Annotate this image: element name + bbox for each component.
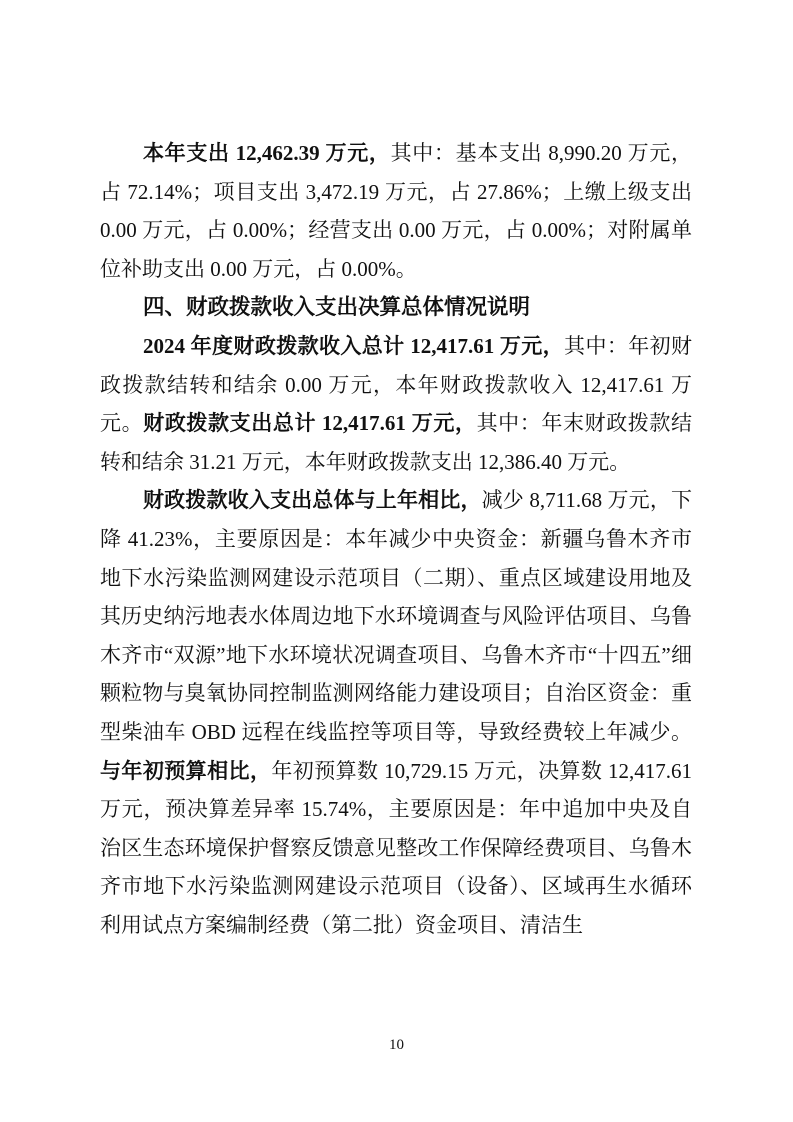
paragraph: 2024 年度财政拨款收入总计 12,417.61 万元，其中：年初财政拨款结转… [100, 327, 692, 481]
bold-text-run: 四、财政拨款收入支出决算总体情况说明 [143, 295, 530, 319]
bold-text-run: 2024 年度财政拨款收入总计 12,417.61 万元， [143, 334, 564, 358]
document-body: 本年支出 12,462.39 万元，其中：基本支出 8,990.20 万元，占 … [100, 134, 692, 944]
section-heading: 四、财政拨款收入支出决算总体情况说明 [100, 288, 692, 327]
bold-text-run: 财政拨款支出总计 12,417.61 万元， [143, 411, 476, 435]
bold-text-run: 与年初预算相比， [100, 759, 271, 783]
bold-text-run: 本年支出 12,462.39 万元， [143, 141, 391, 165]
document-page: 本年支出 12,462.39 万元，其中：基本支出 8,990.20 万元，占 … [0, 0, 793, 1122]
page-footer: 10 [0, 1036, 793, 1054]
paragraph: 财政拨款收入支出总体与上年相比，减少 8,711.68 万元，下降 41.23%… [100, 481, 692, 944]
text-run: 减少 8,711.68 万元，下降 41.23%，主要原因是：本年减少中央资金：… [100, 488, 692, 744]
text-run: 年初预算数 10,729.15 万元，决算数 12,417.61 万元，预决算差… [100, 759, 692, 937]
page-number: 10 [389, 1037, 404, 1053]
bold-text-run: 财政拨款收入支出总体与上年相比， [143, 488, 482, 512]
paragraph: 本年支出 12,462.39 万元，其中：基本支出 8,990.20 万元，占 … [100, 134, 692, 288]
